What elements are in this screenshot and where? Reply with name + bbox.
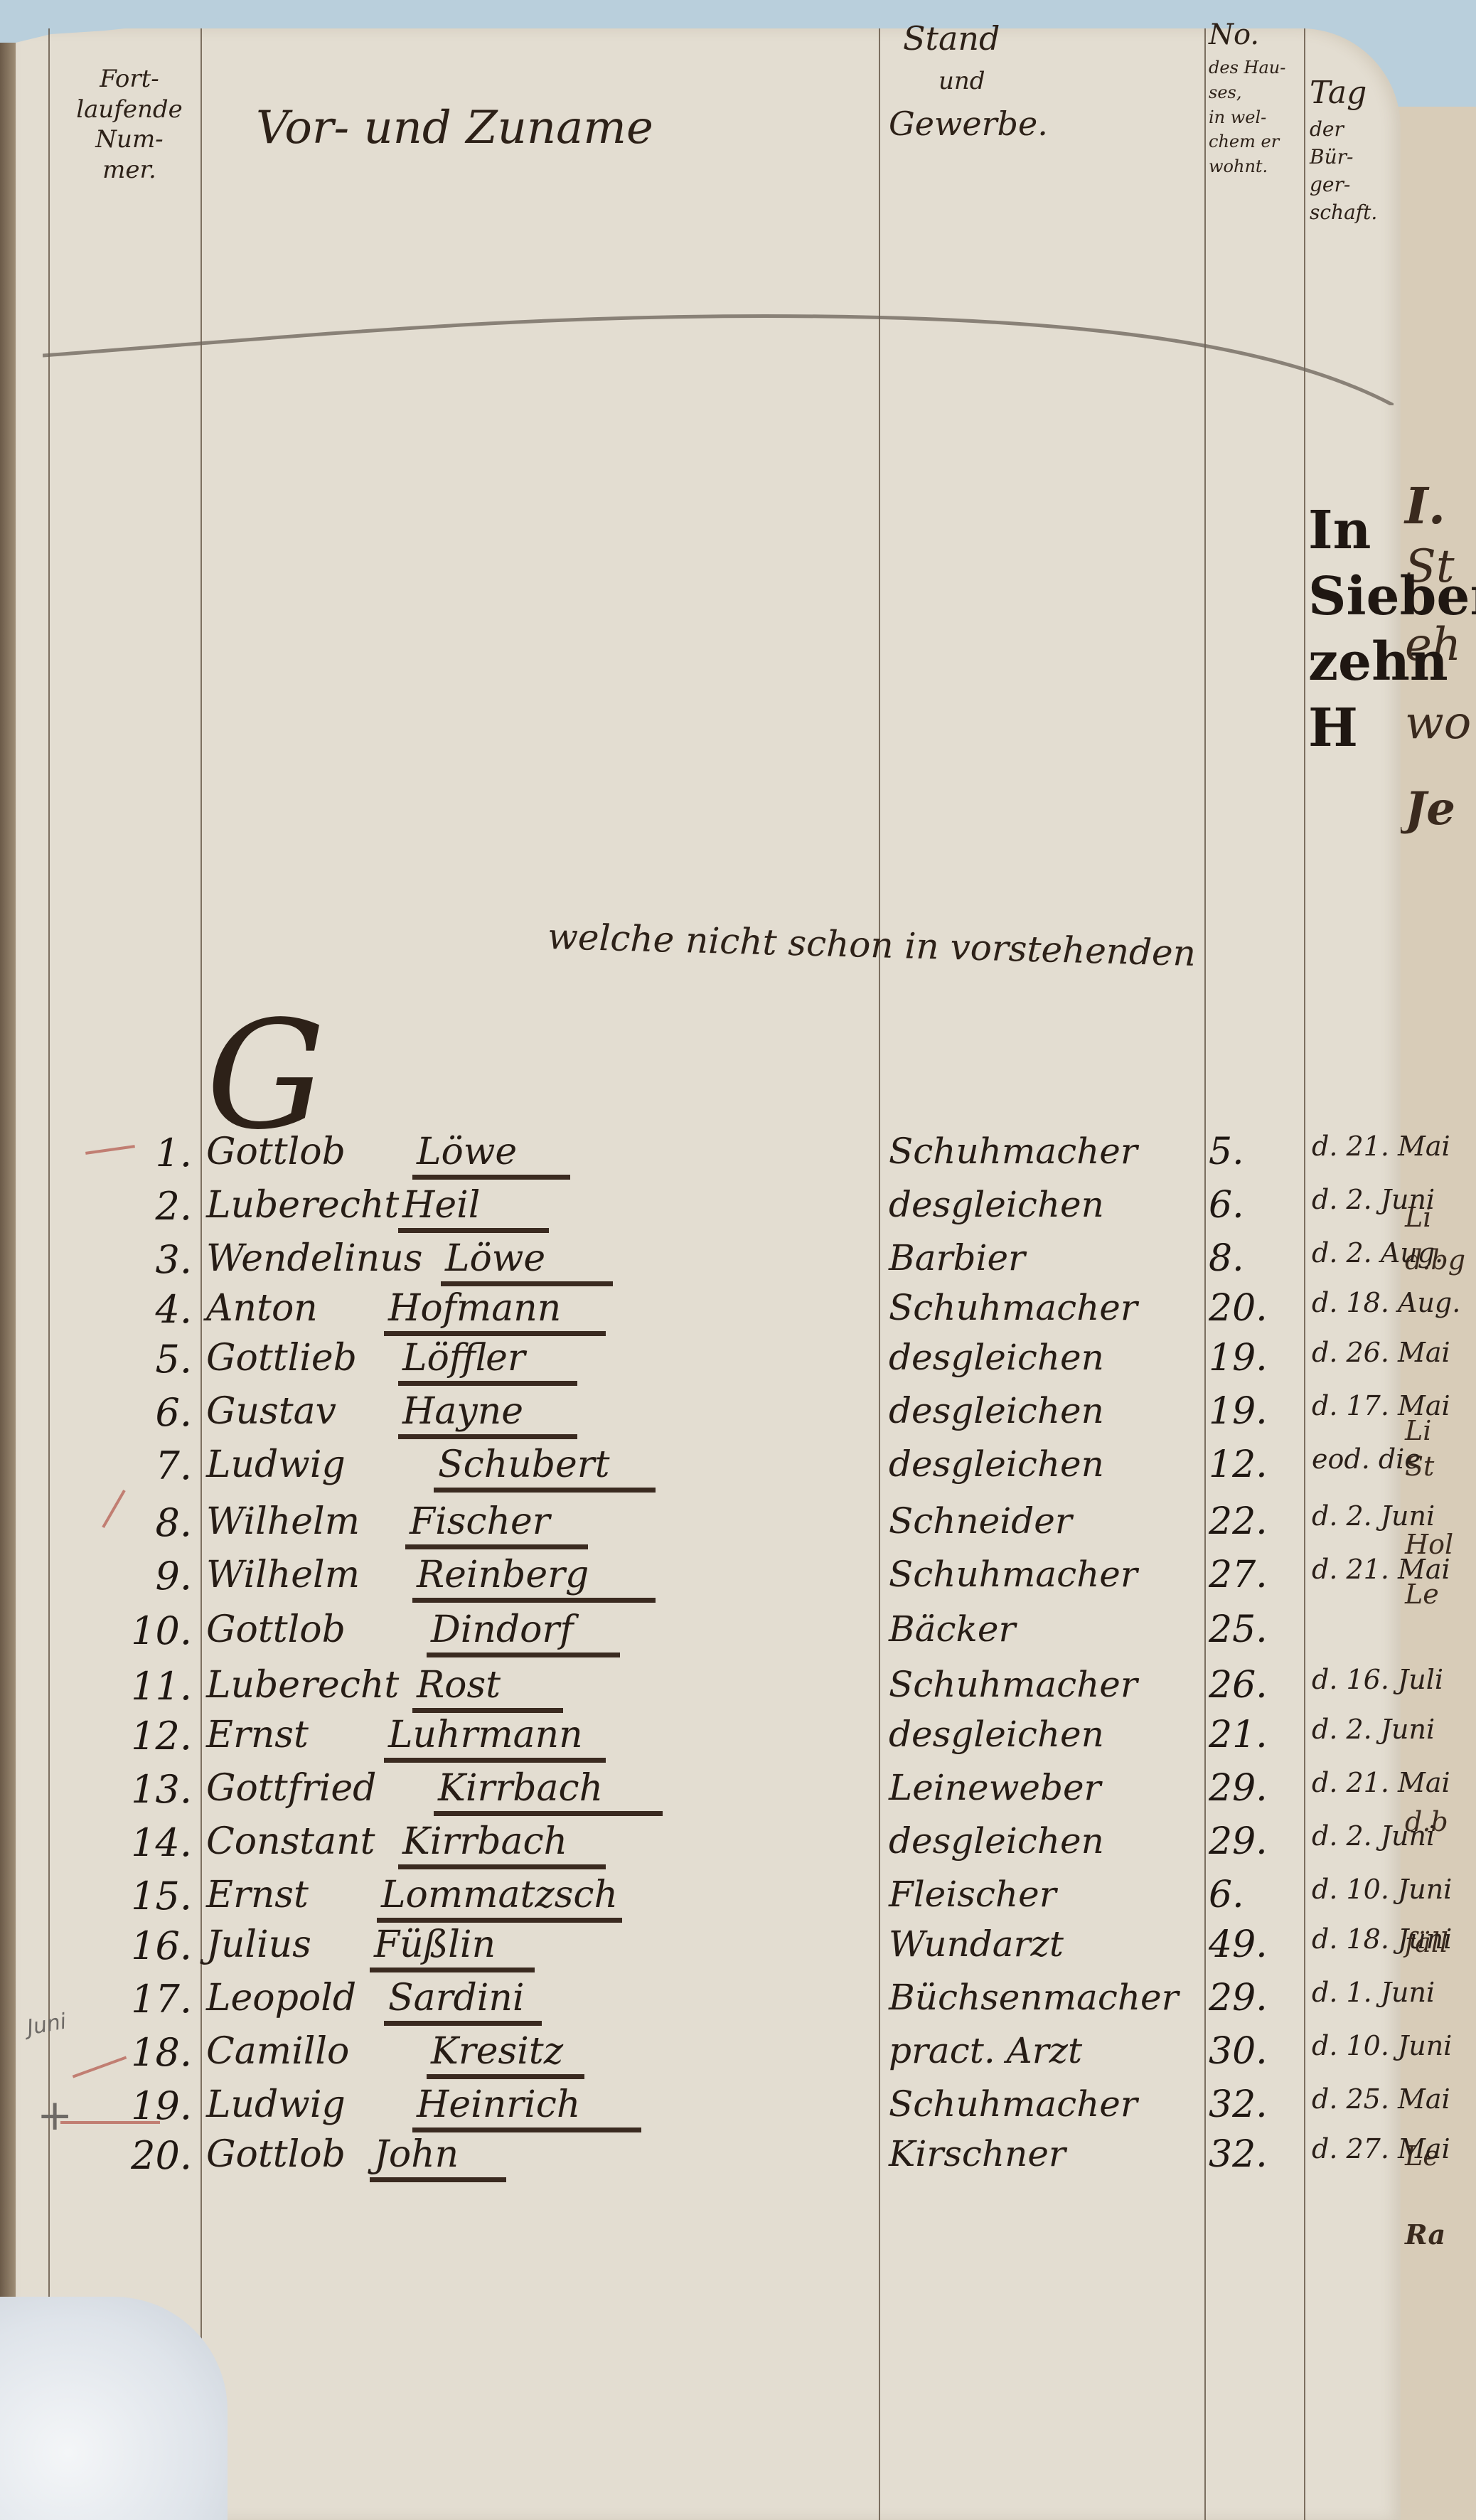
register-entry: 20.GottlobJohnKirschner32.d. 27. Mai (0, 2133, 1394, 2186)
entry-surname: Heinrich (412, 2083, 641, 2132)
entry-date: eod. die (1312, 1443, 1421, 1475)
entry-occupation: Wundarzt (889, 1923, 1064, 1965)
entry-number: 3. (71, 1237, 192, 1282)
entry-surname: Heil (398, 1184, 549, 1233)
entry-date: d. 18. Juni (1312, 1923, 1452, 1955)
entry-occupation: pract. Arzt (889, 2030, 1082, 2071)
entry-occupation: Bäcker (889, 1608, 1015, 1650)
entry-occupation: Schuhmacher (889, 1664, 1138, 1705)
entry-first-name: Wilhelm (206, 1500, 360, 1543)
entry-first-name: Ernst (206, 1874, 309, 1916)
entry-first-name: Gottlob (206, 1131, 346, 1173)
entry-occupation: Schuhmacher (889, 2083, 1138, 2125)
register-entry: 1.GottlobLöweSchuhmacher5.d. 21. Mai (0, 1131, 1394, 1183)
header-occupation: Stand und Gewerbe. (889, 14, 1048, 149)
entry-first-name: Luberecht (206, 1184, 399, 1227)
entry-occupation: desgleichen (889, 1184, 1104, 1225)
facing-fragment: Je (1405, 782, 1455, 835)
register-entry: 3.WendelinusLöweBarbier8.d. 2. Aug. (0, 1237, 1394, 1290)
entry-house-number: 6. (1209, 1184, 1287, 1227)
header-house-number: No. des Hau- ses, in wel- chem er wohnt. (1209, 14, 1285, 179)
entry-first-name: Gottlob (206, 2133, 346, 2176)
entry-date: d. 21. Mai (1312, 1767, 1450, 1798)
entry-occupation: Büchsenmacher (889, 1977, 1179, 2018)
entry-house-number: 19. (1209, 1390, 1287, 1433)
entry-house-number: 29. (1209, 1977, 1287, 2019)
header-number: Fort- laufende Num- mer. (65, 64, 193, 185)
entry-date: d. 27. Mai (1312, 2133, 1450, 2164)
register-entry: 4.AntonHofmannSchuhmacher20.d. 18. Aug. (0, 1287, 1394, 1340)
entry-first-name: Julius (206, 1923, 311, 1966)
register-entry: 9.WilhelmReinbergSchuhmacher27.d. 21. Ma… (0, 1554, 1394, 1606)
register-entry: 17.LeopoldSardiniBüchsenmacher29.d. 1. J… (0, 1977, 1394, 2029)
entry-number: 13. (71, 1767, 192, 1812)
entry-surname: Hayne (398, 1390, 577, 1439)
entry-occupation: Schneider (889, 1500, 1072, 1542)
register-entry: 6.GustavHaynedesgleichen19.d. 17. Mai (0, 1390, 1394, 1443)
entry-surname: Dindorf (427, 1608, 620, 1657)
entry-first-name: Ludwig (206, 2083, 346, 2126)
register-entry: 10.GottlobDindorfBäcker25. (0, 1608, 1394, 1661)
entry-occupation: Leineweber (889, 1767, 1101, 1808)
register-entry: 18.CamilloKresitzpract. Arzt30.d. 10. Ju… (0, 2030, 1394, 2083)
entry-house-number: 21. (1209, 1714, 1287, 1756)
entry-surname: Schubert (434, 1443, 656, 1493)
entry-date: d. 2. Juni (1312, 1500, 1435, 1532)
facing-fragment: Ra (1405, 2219, 1445, 2251)
entry-surname: Kirrbach (434, 1767, 663, 1816)
entry-surname: Löwe (412, 1131, 570, 1180)
entry-occupation: Kirschner (889, 2133, 1066, 2174)
entry-date: d. 21. Mai (1312, 1131, 1450, 1162)
entry-number: 8. (71, 1500, 192, 1545)
entry-surname: Löffler (398, 1337, 577, 1386)
entry-number: 15. (71, 1874, 192, 1918)
entry-surname: Reinberg (412, 1554, 656, 1603)
entry-house-number: 12. (1209, 1443, 1287, 1486)
entry-house-number: 5. (1209, 1131, 1287, 1173)
entry-surname: Fischer (405, 1500, 588, 1549)
entry-first-name: Ernst (206, 1714, 309, 1756)
entry-number: 2. (71, 1184, 192, 1229)
entry-surname: Luhrmann (384, 1714, 606, 1763)
entry-date: d. 10. Juni (1312, 2030, 1452, 2061)
entry-first-name: Constant (206, 1820, 375, 1863)
entry-occupation: Schuhmacher (889, 1287, 1138, 1328)
entry-number: 12. (71, 1714, 192, 1758)
entry-date: d. 18. Aug. (1312, 1287, 1460, 1318)
entry-number: 20. (71, 2133, 192, 2178)
entry-first-name: Gottlieb (206, 1337, 357, 1379)
entry-first-name: Gottfried (206, 1767, 376, 1810)
archival-glove (0, 2297, 228, 2520)
entry-number: 6. (71, 1390, 192, 1435)
entry-surname: John (370, 2133, 506, 2182)
entry-house-number: 25. (1209, 1608, 1287, 1651)
entry-first-name: Wilhelm (206, 1554, 360, 1596)
register-entry: 2.LuberechtHeildesgleichen6.d. 2. Juni (0, 1184, 1394, 1237)
entry-house-number: 26. (1209, 1664, 1287, 1707)
entry-surname: Löwe (441, 1237, 613, 1286)
pencil-cross-mark: + (37, 2091, 73, 2140)
register-entry: 16.JuliusFüßlinWundarzt49.d. 18. Juni (0, 1923, 1394, 1976)
entry-number: 5. (71, 1337, 192, 1382)
entry-occupation: Schuhmacher (889, 1131, 1138, 1172)
section-title: In Sieben zehn H (1308, 498, 1476, 761)
entry-house-number: 49. (1209, 1923, 1287, 1966)
entry-surname: Lommatzsch (377, 1874, 622, 1923)
entry-surname: Kresitz (427, 2030, 584, 2079)
entry-occupation: desgleichen (889, 1820, 1104, 1862)
register-entry: 11.LuberechtRostSchuhmacher26.d. 16. Jul… (0, 1664, 1394, 1717)
header-name: Vor- und Zuname (256, 100, 653, 156)
entry-occupation: desgleichen (889, 1714, 1104, 1755)
header-date: Tag der Bür- ger- schaft. (1310, 71, 1377, 226)
entry-first-name: Camillo (206, 2030, 349, 2073)
entry-first-name: Ludwig (206, 1443, 346, 1486)
entry-date: d. 2. Juni (1312, 1714, 1435, 1745)
entry-occupation: Schuhmacher (889, 1554, 1138, 1595)
entry-surname: Kirrbach (398, 1820, 606, 1869)
entry-date: d. 2. Juni (1312, 1184, 1435, 1215)
register-entry: 8.WilhelmFischerSchneider22.d. 2. Juni (0, 1500, 1394, 1553)
entry-date: d. 2. Juni (1312, 1820, 1435, 1852)
entry-house-number: 6. (1209, 1874, 1287, 1916)
entry-date: d. 1. Juni (1312, 1977, 1435, 2008)
register-entry: 15.ErnstLommatzschFleischer6.d. 10. Juni (0, 1874, 1394, 1926)
header-separator (43, 306, 1394, 405)
entry-date: d. 25. Mai (1312, 2083, 1450, 2115)
entry-occupation: Fleischer (889, 1874, 1057, 1915)
entry-date: d. 17. Mai (1312, 1390, 1450, 1421)
entry-first-name: Anton (206, 1287, 318, 1330)
entry-occupation: desgleichen (889, 1390, 1104, 1431)
entry-first-name: Luberecht (206, 1664, 399, 1707)
entry-date: d. 2. Aug. (1312, 1237, 1443, 1269)
entry-first-name: Gustav (206, 1390, 336, 1433)
entry-date: d. 21. Mai (1312, 1554, 1450, 1585)
entry-first-name: Leopold (206, 1977, 356, 2019)
register-entry: 19.LudwigHeinrichSchuhmacher32.d. 25. Ma… (0, 2083, 1394, 2136)
entry-date: d. 10. Juni (1312, 1874, 1452, 1905)
entry-number: 17. (71, 1977, 192, 2022)
entry-house-number: 29. (1209, 1820, 1287, 1863)
entry-house-number: 32. (1209, 2133, 1287, 2176)
entry-house-number: 30. (1209, 2030, 1287, 2073)
entry-number: 11. (71, 1664, 192, 1709)
entry-occupation: desgleichen (889, 1337, 1104, 1378)
entry-first-name: Gottlob (206, 1608, 346, 1651)
register-entry: 7.LudwigSchubertdesgleichen12.eod. die (0, 1443, 1394, 1496)
entry-first-name: Wendelinus (206, 1237, 422, 1280)
entry-surname: Sardini (384, 1977, 542, 2026)
entry-house-number: 8. (1209, 1237, 1287, 1280)
red-pencil-mark (60, 2121, 160, 2124)
entry-house-number: 20. (1209, 1287, 1287, 1330)
register-entry: 14.ConstantKirrbachdesgleichen29.d. 2. J… (0, 1820, 1394, 1873)
register-entry: 5.GottliebLöfflerdesgleichen19.d. 26. Ma… (0, 1337, 1394, 1389)
entry-house-number: 27. (1209, 1554, 1287, 1596)
entry-number: 7. (71, 1443, 192, 1488)
entry-occupation: Barbier (889, 1237, 1025, 1278)
entry-house-number: 32. (1209, 2083, 1287, 2126)
entry-date: d. 26. Mai (1312, 1337, 1450, 1368)
entry-house-number: 19. (1209, 1337, 1287, 1379)
register-entry: 13.GottfriedKirrbachLeineweber29.d. 21. … (0, 1767, 1394, 1820)
entry-number: 14. (71, 1820, 192, 1865)
entry-surname: Rost (412, 1664, 563, 1713)
entry-surname: Hofmann (384, 1287, 606, 1336)
entry-number: 9. (71, 1554, 192, 1598)
entry-surname: Füßlin (370, 1923, 535, 1972)
entry-number: 18. (71, 2030, 192, 2075)
entry-number: 4. (71, 1287, 192, 1332)
entry-date: d. 16. Juli (1312, 1664, 1443, 1695)
entry-house-number: 29. (1209, 1767, 1287, 1810)
entry-number: 16. (71, 1923, 192, 1968)
register-entry: 12.ErnstLuhrmanndesgleichen21.d. 2. Juni (0, 1714, 1394, 1766)
entry-house-number: 22. (1209, 1500, 1287, 1543)
entry-number: 10. (71, 1608, 192, 1653)
entry-occupation: desgleichen (889, 1443, 1104, 1485)
